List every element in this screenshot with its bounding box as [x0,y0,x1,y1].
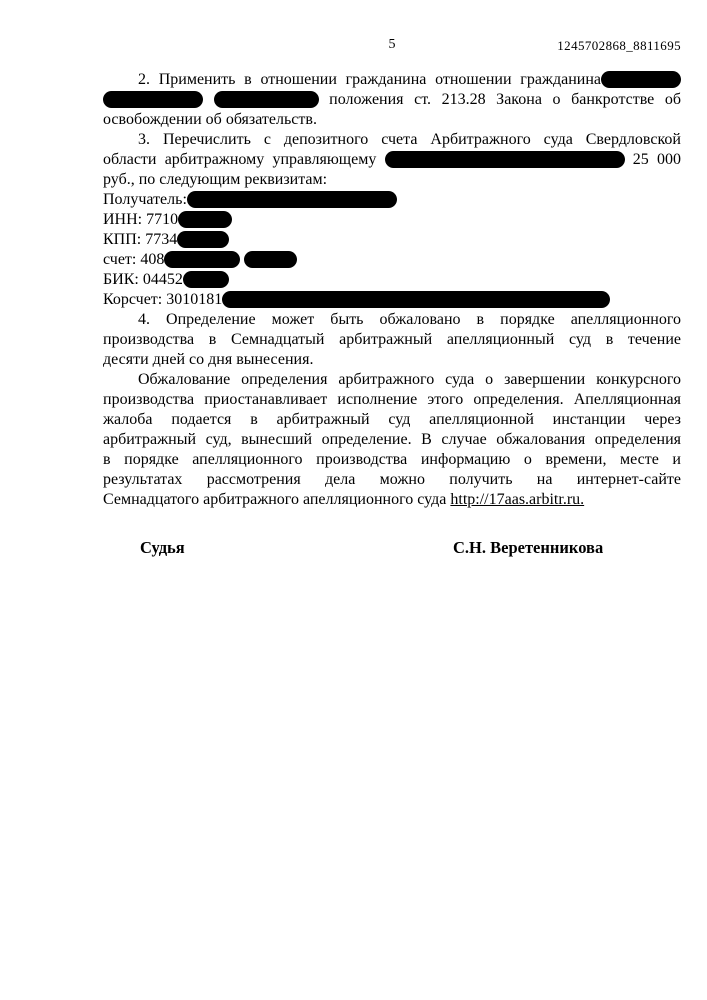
redaction-bar [214,91,319,108]
signature-block: Судья С.Н. Веретенникова [103,538,681,558]
document-page: 5 1245702868_8811695 2. Применить в отно… [103,36,681,558]
text-line: КПП: 7734 [103,230,681,250]
text-line: Обжалование определения арбитражного суд… [103,370,681,390]
text-line: производства в Семнадцатый арбитражный а… [103,330,681,350]
redaction-bar [183,271,229,288]
payment-details: Получатель:ИНН: 7710КПП: 7734счет: 408 Б… [103,190,681,310]
page-header: 5 1245702868_8811695 [103,36,681,53]
court-website-link[interactable]: http://17aas.arbitr.ru. [450,491,584,508]
text-line: результатах рассмотрения дела можно полу… [103,470,681,490]
text-line: десяти дней со дня вынесения. [103,350,681,370]
redaction-bar [178,211,232,228]
text-line: счет: 408 [103,250,681,270]
text-line: Семнадцатого арбитражного апелляционного… [103,490,681,510]
redaction-bar [177,231,229,248]
text-line: Получатель: [103,190,681,210]
text-line: 2. Применить в отношении гражданина отно… [103,70,681,90]
redaction-bar [187,191,397,208]
text-line: производства приостанавливает исполнение… [103,390,681,410]
redaction-bar [244,251,297,268]
text-line: 4. Определение может быть обжаловано в п… [103,310,681,330]
paragraph-3: 3. Перечислить с депозитного счета Арбит… [103,130,681,190]
paragraph-4: 4. Определение может быть обжаловано в п… [103,310,681,370]
text-line: арбитражный суд, вынесший определение. В… [103,430,681,450]
text-line: освобождении об обязательств. [103,110,681,130]
text-line: Корсчет: 3010181 [103,290,681,310]
redaction-bar [164,251,240,268]
paragraph-2: 2. Применить в отношении гражданина отно… [103,70,681,130]
text-line: ИНН: 7710 [103,210,681,230]
text-line: в порядке апелляционного производства ин… [103,450,681,470]
paragraph-5: Обжалование определения арбитражного суд… [103,370,681,510]
judge-name: С.Н. Веретенникова [453,538,603,558]
text-line: жалоба подается в арбитражный суд апелля… [103,410,681,430]
document-id: 1245702868_8811695 [557,37,681,54]
text-line: БИК: 04452 [103,270,681,290]
redaction-bar [103,91,203,108]
redaction-bar [601,71,681,88]
text-line: 3. Перечислить с депозитного счета Арбит… [103,130,681,150]
text-line: положения ст. 213.28 Закона о банкротств… [103,90,681,110]
redaction-bar [222,291,610,308]
text-line: руб., по следующим реквизитам: [103,170,681,190]
redaction-bar [385,151,625,168]
judge-label: Судья [140,538,185,558]
document-body: 2. Применить в отношении гражданина отно… [103,70,681,510]
text-line: области арбитражному управляющему 25 000 [103,150,681,170]
